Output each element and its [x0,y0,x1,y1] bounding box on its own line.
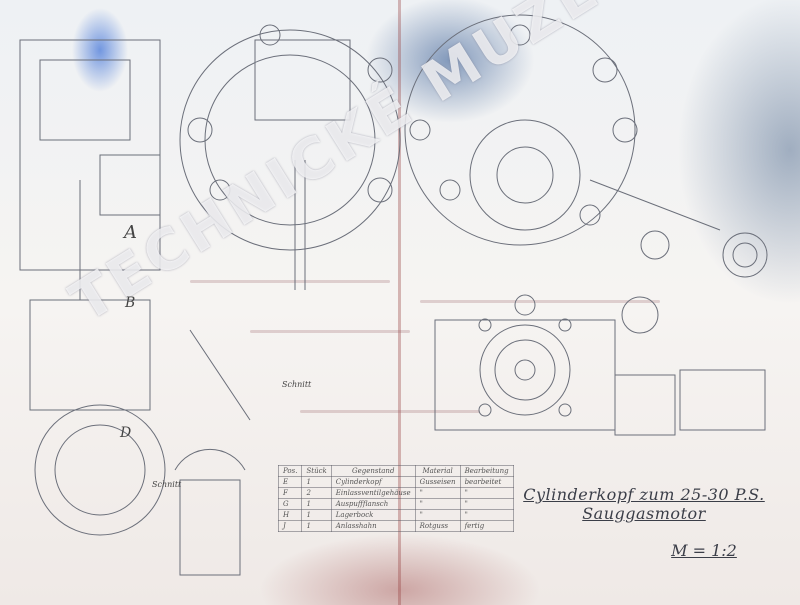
view-label-b: B [125,295,135,311]
parts-table: Pos. Stück Gegenstand Material Bearbeitu… [278,465,514,532]
parts-table-row: H1Lagerbock"" [279,510,514,521]
parts-table-row: G1Auspuffflansch"" [279,499,514,510]
parts-table-row: E1CylinderkopfGusseisenbearbeitet [279,477,514,488]
section-label: Schnitt [282,380,311,389]
parts-table-row: J1AnlasshahnRotgussfertig [279,521,514,532]
drawing-scale: M = 1:2 [608,541,800,560]
drawing-sheet: TECHNICKÉ MUZEUM V BRNĚ A B D Schnitt Sc… [0,0,800,605]
view-label-a: A [124,222,137,243]
drawing-title: Cylinderkopf zum 25-30 P.S. Sauggasmotor [488,485,800,523]
parts-table-header: Pos. Stück Gegenstand Material Bearbeitu… [279,466,514,477]
section-label: Schnitt [152,480,181,489]
view-label-d: D [120,425,131,441]
title-block: Cylinderkopf zum 25-30 P.S. Sauggasmotor… [488,485,800,560]
parts-table-row: F2Einlassventilgehäuse"" [279,488,514,499]
